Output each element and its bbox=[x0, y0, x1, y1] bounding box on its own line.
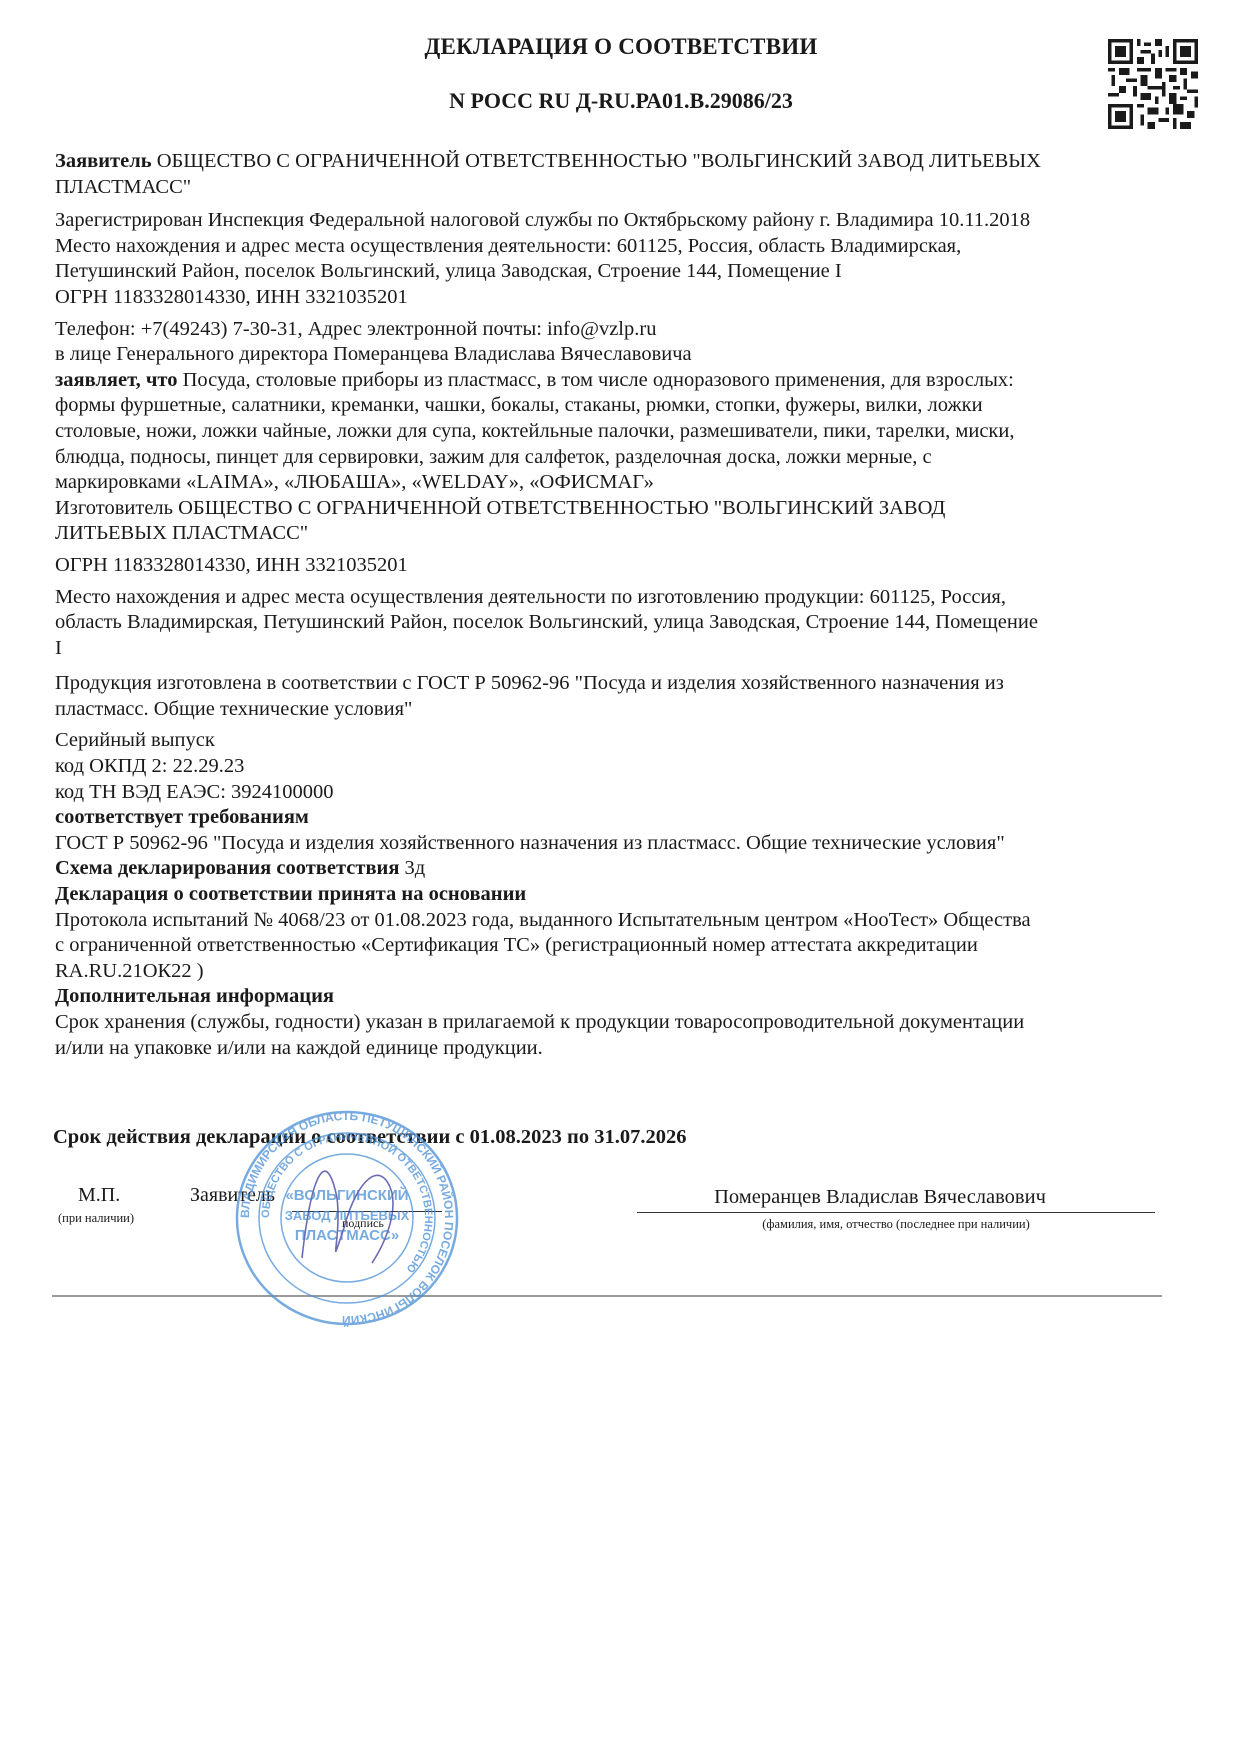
applicant-name-cont: ПЛАСТМАСС" bbox=[55, 175, 1185, 201]
applicant-registration: Зарегистрирован Инспекция Федеральной на… bbox=[55, 208, 1185, 234]
product-list-line: столовые, ножи, ложки чайные, ложки для … bbox=[55, 419, 1185, 445]
product-list-line: формы фуршетные, салатники, креманки, ча… bbox=[55, 393, 1185, 419]
declaration-number: N РОСС RU Д-RU.РА01.В.29086/23 bbox=[0, 88, 1242, 114]
manufacturer-address-cont: область Владимирская, Петушинский Район,… bbox=[55, 610, 1185, 636]
applicant-label: Заявитель bbox=[55, 150, 152, 172]
applicant-sign-label: Заявитель bbox=[190, 1184, 275, 1207]
basis-label: Декларация о соответствии принята на осн… bbox=[55, 882, 1185, 908]
requirements-text: ГОСТ Р 50962-96 "Посуда и изделия хозяйс… bbox=[55, 831, 1185, 857]
manufacturer-address: Место нахождения и адрес места осуществл… bbox=[55, 585, 1185, 611]
basis-text-cont: с ограниченной ответственностью «Сертифи… bbox=[55, 933, 1185, 959]
additional-info-text-cont: и/или на упаковке и/или на каждой единиц… bbox=[55, 1036, 1185, 1062]
svg-text:«ВОЛЬГИНСКИЙ: «ВОЛЬГИНСКИЙ bbox=[285, 1186, 408, 1204]
signature-line bbox=[292, 1211, 442, 1212]
signatory-name: Померанцев Владислав Вячеславович bbox=[640, 1186, 1120, 1209]
accreditation-number: RA.RU.21ОК22 ) bbox=[55, 959, 1185, 985]
manufacturer-ogrn-inn: ОГРН 1183328014330, ИНН 3321035201 bbox=[55, 553, 1185, 579]
applicant-contacts: Телефон: +7(49243) 7-30-31, Адрес электр… bbox=[55, 317, 1185, 343]
additional-info-text: Срок хранения (службы, годности) указан … bbox=[55, 1010, 1185, 1036]
bottom-divider bbox=[52, 1295, 1162, 1297]
manufacturer-address-end: I bbox=[55, 636, 1185, 662]
applicant-name: ОБЩЕСТВО С ОГРАНИЧЕННОЙ ОТВЕТСТВЕННОСТЬЮ… bbox=[157, 150, 1041, 172]
manufacturer-name-cont: ЛИТЬЕВЫХ ПЛАСТМАСС" bbox=[55, 521, 1185, 547]
scheme-value: 3д bbox=[405, 857, 426, 879]
okpd-code: код ОКПД 2: 22.29.23 bbox=[55, 754, 1185, 780]
manufacturer-name: Изготовитель ОБЩЕСТВО С ОГРАНИЧЕННОЙ ОТВ… bbox=[55, 496, 1185, 522]
document-title: ДЕКЛАРАЦИЯ О СООТВЕТСТВИИ bbox=[0, 34, 1242, 60]
seal-label: М.П. bbox=[78, 1184, 120, 1207]
requirements-label: соответствует требованиям bbox=[55, 805, 1185, 831]
product-standard: Продукция изготовлена в соответствии с Г… bbox=[55, 671, 1185, 697]
product-list-line: блюдца, подносы, пинцет для сервировки, … bbox=[55, 445, 1185, 471]
serial-production: Серийный выпуск bbox=[55, 728, 1185, 754]
tnved-code: код ТН ВЭД ЕАЭС: 3924100000 bbox=[55, 780, 1185, 806]
applicant-block: Заявитель ОБЩЕСТВО С ОГРАНИЧЕННОЙ ОТВЕТС… bbox=[55, 149, 1185, 175]
svg-text:ОБЩЕСТВО С ОГРАНИЧЕННОЙ ОТВЕТС: ОБЩЕСТВО С ОГРАНИЧЕННОЙ ОТВЕТСТВЕННОСТЬЮ bbox=[260, 1131, 434, 1275]
applicant-representative: в лице Генерального директора Померанцев… bbox=[55, 342, 1185, 368]
scheme-row: Схема декларирования соответствия 3д bbox=[55, 856, 1185, 882]
applicant-address-cont: Петушинский Район, поселок Вольгинский, … bbox=[55, 259, 1185, 285]
applicant-ogrn-inn: ОГРН 1183328014330, ИНН 3321035201 bbox=[55, 285, 1185, 311]
product-brands: маркировками «LAIMA», «ЛЮБАША», «WELDAY»… bbox=[55, 470, 1185, 496]
product-standard-cont: пластмасс. Общие технические условия" bbox=[55, 697, 1185, 723]
seal-note: (при наличии) bbox=[58, 1211, 134, 1226]
name-line bbox=[637, 1212, 1155, 1213]
name-note: (фамилия, имя, отчество (последнее при н… bbox=[637, 1217, 1155, 1232]
basis-text: Протокола испытаний № 4068/23 от 01.08.2… bbox=[55, 908, 1185, 934]
qr-code-icon bbox=[1108, 38, 1198, 130]
declaration-body: Заявитель ОБЩЕСТВО С ОГРАНИЧЕННОЙ ОТВЕТС… bbox=[55, 149, 1185, 1061]
declares-block: заявляет, что Посуда, столовые приборы и… bbox=[55, 368, 1185, 394]
declares-label: заявляет, что bbox=[55, 369, 177, 391]
additional-info-label: Дополнительная информация bbox=[55, 984, 1185, 1010]
scheme-label: Схема декларирования соответствия bbox=[55, 857, 399, 879]
product-description: Посуда, столовые приборы из пластмасс, в… bbox=[183, 369, 1014, 391]
validity-period: Срок действия декларации о соответствии … bbox=[53, 1126, 686, 1149]
applicant-address: Место нахождения и адрес места осуществл… bbox=[55, 234, 1185, 260]
signature-note: подпись bbox=[342, 1216, 384, 1231]
